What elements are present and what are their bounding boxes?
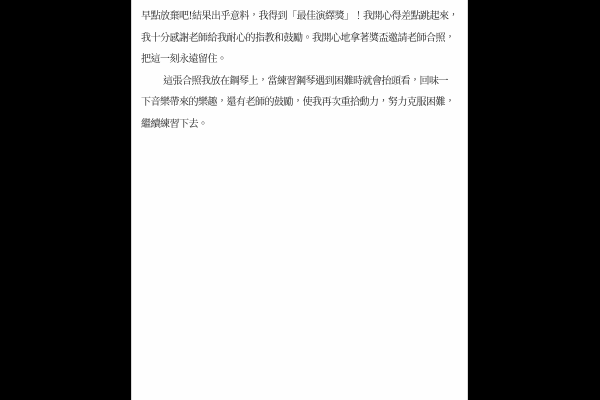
document-viewer-background: 早點放棄吧!結果出乎意料，我得到「最佳演繹獎」！我開心得差點跳起來， 我十分感謝… xyxy=(0,0,600,400)
text-line: 這張合照我放在鋼琴上，當練習鋼琴遇到困難時就會抬頭看，回味一 xyxy=(141,71,459,93)
text-line: 把這一刻永遠留住。 xyxy=(141,49,459,71)
text-line: 下音樂帶來的樂趣，還有老師的鼓勵，使我再次重拾動力，努力克服困難， xyxy=(141,92,459,114)
text-line: 繼續練習下去。 xyxy=(141,114,459,136)
paragraph: 這張合照我放在鋼琴上，當練習鋼琴遇到困難時就會抬頭看，回味一 下音樂帶來的樂趣，… xyxy=(141,71,459,136)
text-block: 早點放棄吧!結果出乎意料，我得到「最佳演繹獎」！我開心得差點跳起來， 我十分感謝… xyxy=(132,0,467,135)
document-page: 早點放棄吧!結果出乎意料，我得到「最佳演繹獎」！我開心得差點跳起來， 我十分感謝… xyxy=(131,0,468,400)
text-line: 早點放棄吧!結果出乎意料，我得到「最佳演繹獎」！我開心得差點跳起來， xyxy=(141,6,459,28)
text-line: 我十分感謝老師給我耐心的指教和鼓勵。我開心地拿著獎盃邀請老師合照， xyxy=(141,28,459,50)
paragraph: 早點放棄吧!結果出乎意料，我得到「最佳演繹獎」！我開心得差點跳起來， 我十分感謝… xyxy=(141,6,459,71)
